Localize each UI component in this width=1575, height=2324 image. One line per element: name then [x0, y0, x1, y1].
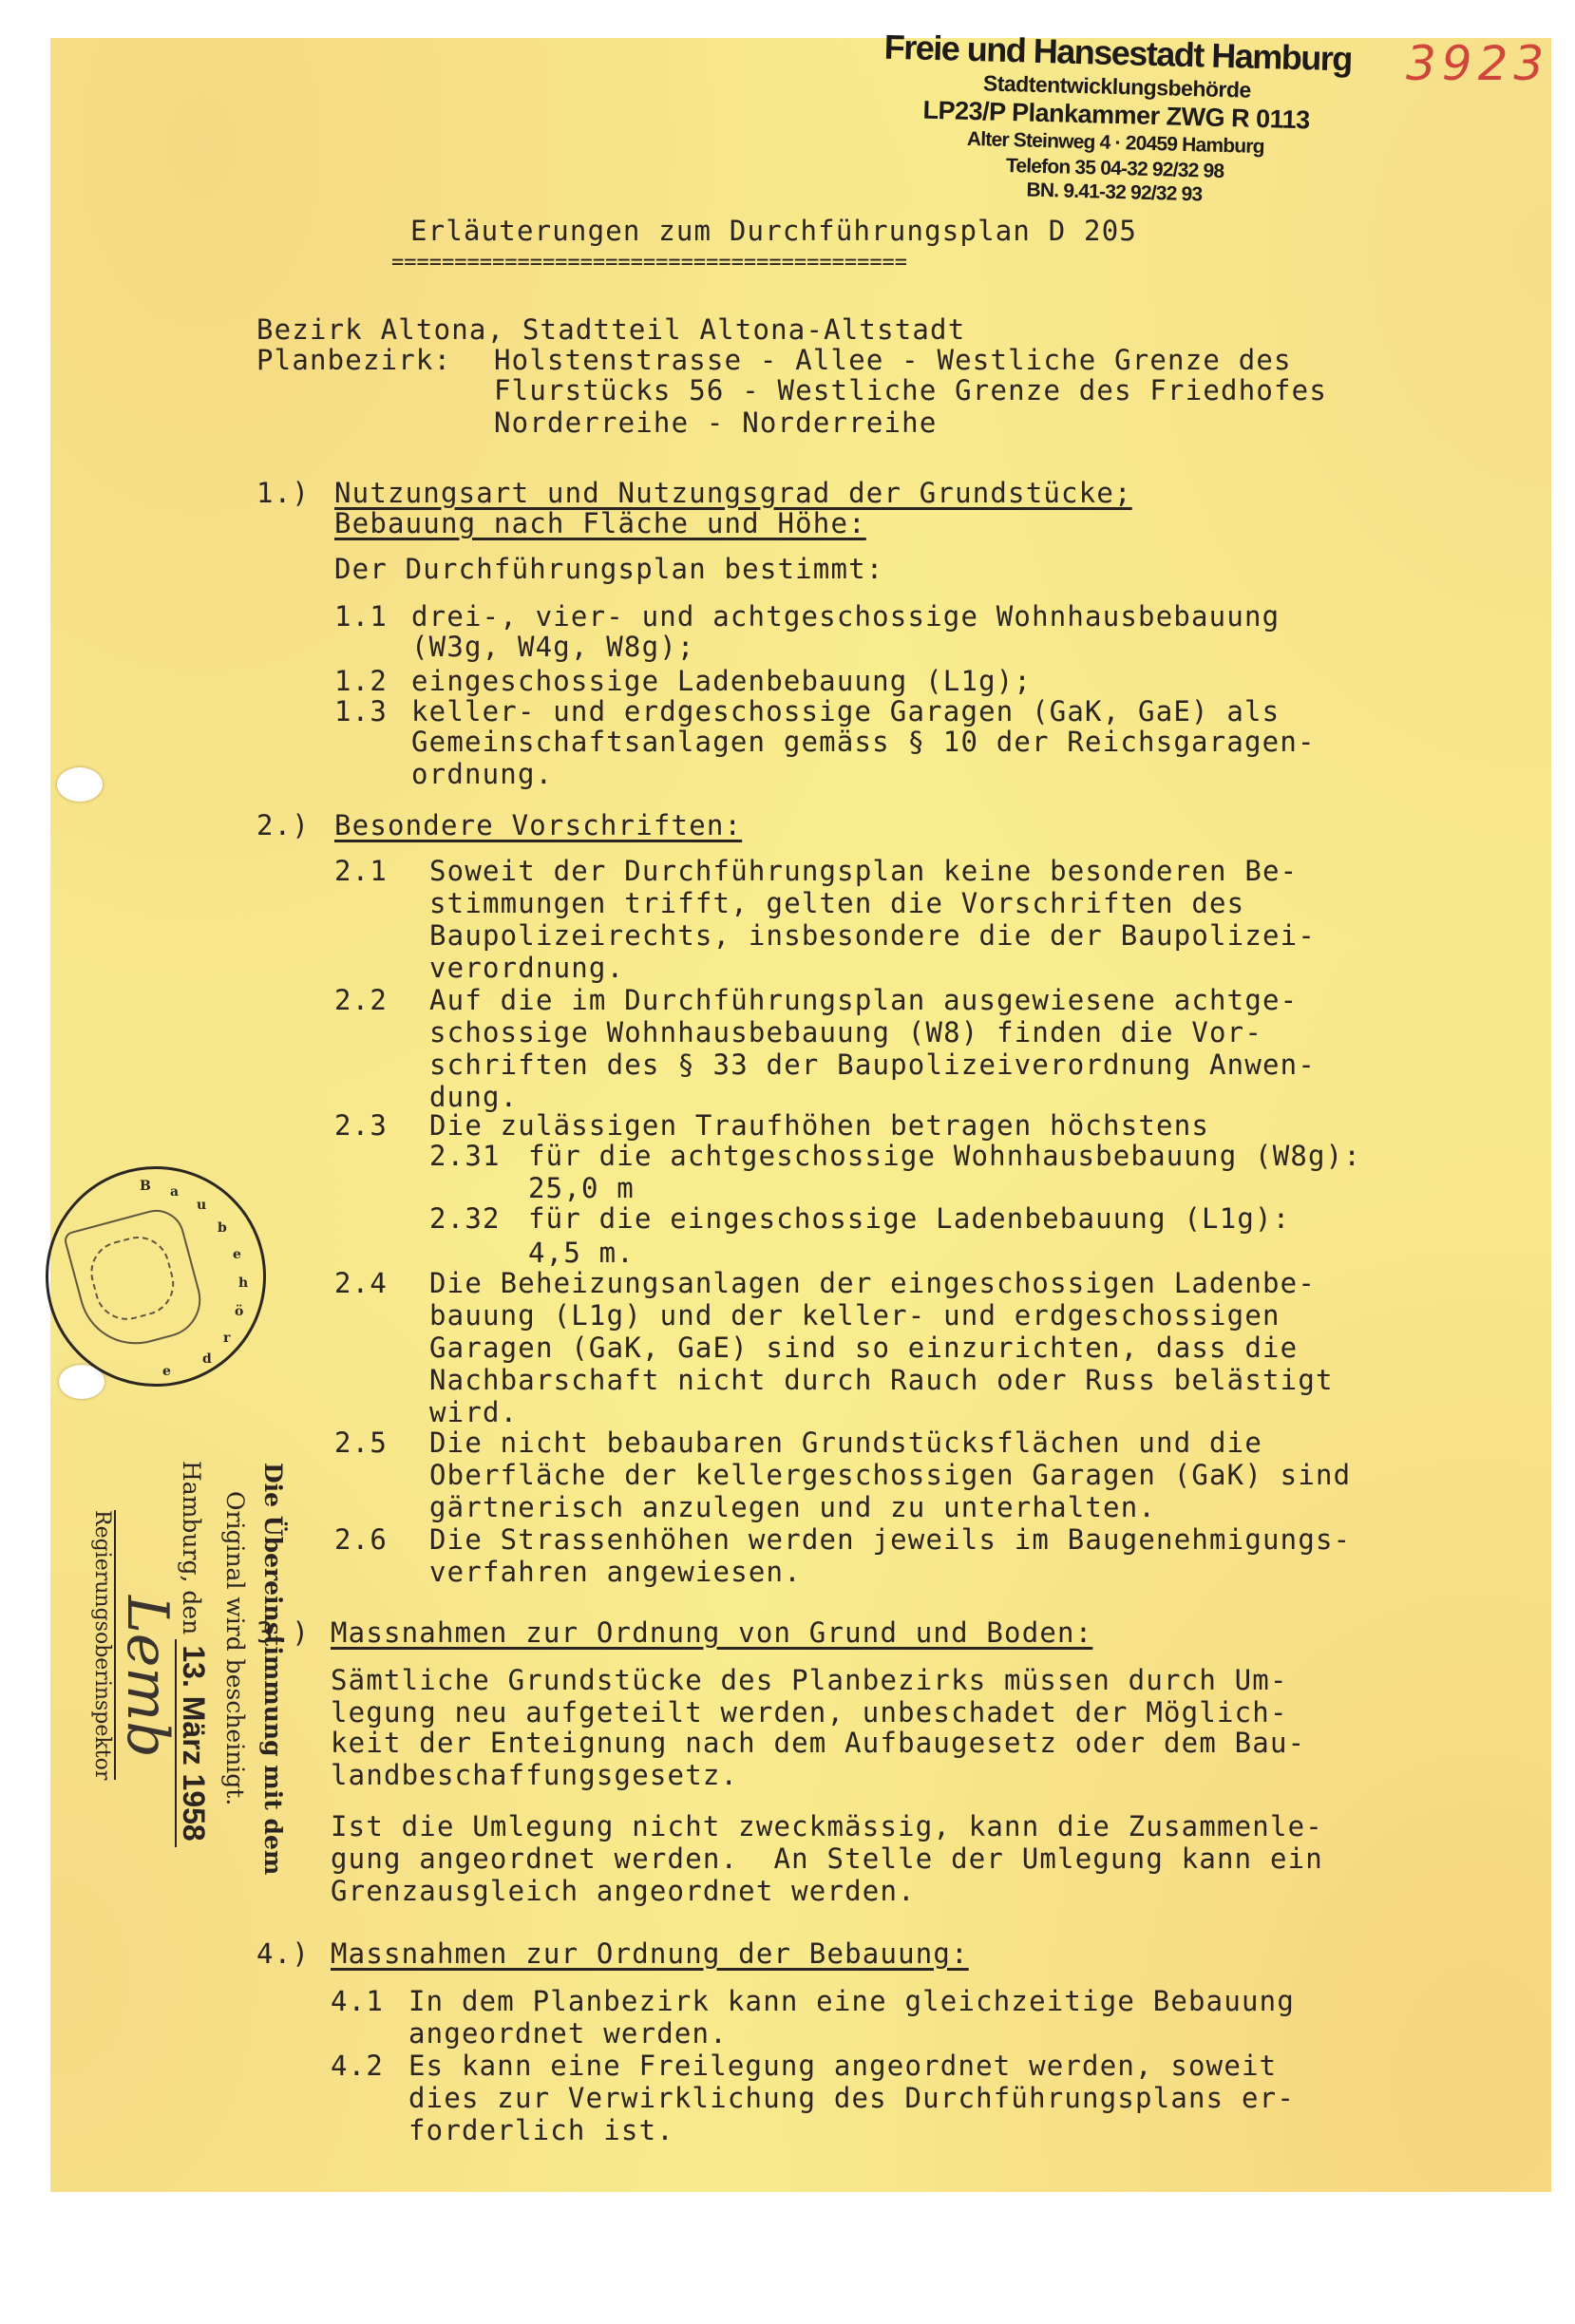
item-text: Die Strassenhöhen werden jeweils im Baug…	[429, 1523, 1351, 1556]
item-text: Auf die im Durchführungsplan ausgewiesen…	[429, 984, 1298, 1016]
seal-letter: e	[162, 1364, 171, 1379]
section-4-number: 4.)	[256, 1937, 310, 1970]
section-3-paragraph-1-line: landbeschaffungsgesetz.	[331, 1759, 738, 1791]
plan-boundary-line-3: Norderreihe - Norderreihe	[494, 406, 938, 439]
section-3-paragraph-2-line: Ist die Umlegung nicht zweckmässig, kann…	[331, 1810, 1323, 1842]
item-text: stimmungen trifft, gelten die Vorschrift…	[429, 887, 1244, 919]
item-text: 25,0 m	[528, 1172, 635, 1204]
item-text: dung.	[429, 1081, 518, 1113]
archive-number: 3923	[1406, 36, 1549, 91]
item-text: verfahren angewiesen.	[429, 1556, 802, 1588]
item-number: 2.2	[334, 984, 388, 1016]
section-2-number: 2.)	[256, 809, 310, 841]
section-3-paragraph-2-line: gung angeordnet werden. An Stelle der Um…	[331, 1842, 1323, 1875]
item-text: Gemeinschaftsanlagen gemäss § 10 der Rei…	[411, 726, 1316, 758]
seal-letter: B	[140, 1179, 151, 1194]
official-title: Regierungsoberinspektor	[90, 1510, 114, 1780]
attestation-place-date: Hamburg, den 13. März 1958	[176, 1461, 211, 1847]
item-text: schriften des § 33 der Baupolizeiverordn…	[429, 1049, 1316, 1081]
item-text: (W3g, W4g, W8g);	[411, 631, 695, 663]
item-text: wird.	[429, 1396, 518, 1428]
office-stamp: Freie und Hansestadt Hamburg Stadtentwic…	[858, 27, 1376, 211]
item-text: angeordnet werden.	[408, 2017, 728, 2050]
item-text: Baupolizeirechts, insbesondere die der B…	[429, 919, 1316, 952]
punch-hole	[57, 767, 103, 802]
item-number: 4.2	[331, 2050, 384, 2082]
item-text: keller- und erdgeschossige Garagen (GaK,…	[411, 695, 1280, 727]
place-prefix: Hamburg, den	[178, 1461, 205, 1634]
item-number: 2.31	[429, 1140, 501, 1172]
page-title: Erläuterungen zum Durchführungsplan D 20…	[410, 215, 1137, 247]
item-number: 2.3	[334, 1109, 388, 1142]
item-number: 2.32	[429, 1202, 501, 1235]
seal-letter: d	[202, 1351, 212, 1367]
item-number: 2.6	[334, 1523, 388, 1556]
item-number: 4.1	[331, 1985, 384, 2017]
item-text: drei-, vier- und achtgeschossige Wohnhau…	[411, 600, 1280, 633]
section-3-heading: Massnahmen zur Ordnung von Grund und Bod…	[331, 1616, 1092, 1649]
item-text: Die Beheizungsanlagen der eingeschossige…	[429, 1267, 1316, 1299]
section-1-heading-line-2: Bebauung nach Fläche und Höhe:	[334, 507, 866, 539]
plan-boundary-line-1: Holstenstrasse - Allee - Westliche Grenz…	[494, 344, 1292, 376]
seal-letter: e	[233, 1247, 241, 1262]
item-text: forderlich ist.	[408, 2114, 674, 2146]
seal-letter: ö	[235, 1304, 243, 1319]
section-3-paragraph-1-line: legung neu aufgeteilt werden, unbeschade…	[331, 1696, 1288, 1729]
item-text: für die achtgeschossige Wohnhausbebauung…	[528, 1140, 1361, 1172]
item-text: Oberfläche der kellergeschossigen Garage…	[429, 1459, 1351, 1491]
seal-letter: a	[170, 1184, 179, 1200]
item-number: 1.2	[334, 665, 388, 697]
plan-boundary-line-2: Flurstücks 56 - Westliche Grenze des Fri…	[494, 374, 1327, 406]
item-text: 4,5 m.	[528, 1237, 635, 1269]
seal-letter: h	[238, 1275, 248, 1291]
district-line: Bezirk Altona, Stadtteil Altona-Altstadt	[256, 313, 965, 346]
coat-of-arms-icon	[63, 1203, 209, 1357]
item-text: dies zur Verwirklichung des Durchführung…	[408, 2082, 1295, 2114]
item-text: Garagen (GaK, GaE) sind so einzurichten,…	[429, 1332, 1298, 1364]
item-number: 1.1	[334, 600, 388, 633]
attestation-line-2: Original wird bescheinigt.	[221, 1491, 249, 1805]
seal-letter: u	[197, 1198, 206, 1213]
item-text: bauung (L1g) und der keller- und erdgesc…	[429, 1299, 1281, 1332]
item-text: In dem Planbezirk kann eine gleichzeitig…	[408, 1985, 1295, 2017]
item-text: Die zulässigen Traufhöhen betragen höchs…	[429, 1109, 1209, 1142]
official-seal: B a u b e h ö r d e	[46, 1166, 266, 1387]
section-4-heading: Massnahmen zur Ordnung der Bebauung:	[331, 1937, 969, 1970]
title-double-rule: ========================================…	[391, 247, 907, 279]
item-text: verordnung.	[429, 952, 624, 984]
section-1-number: 1.)	[256, 477, 310, 509]
item-number: 2.5	[334, 1427, 388, 1459]
section-3-paragraph-2-line: Grenzausgleich angeordnet werden.	[331, 1875, 916, 1907]
section-1-heading-line-1: Nutzungsart und Nutzungsgrad der Grundst…	[334, 477, 1132, 509]
item-text: eingeschossige Ladenbebauung (L1g);	[411, 665, 1032, 697]
section-3-paragraph-1-line: keit der Enteignung nach dem Aufbaugeset…	[331, 1727, 1305, 1759]
attestation-line-1: Die Übereinstimmung mit dem	[259, 1463, 287, 1875]
item-text: gärtnerisch anzulegen und zu unterhalten…	[429, 1491, 1156, 1523]
section-3-paragraph-1-line: Sämtliche Grundstücke des Planbezirks mü…	[331, 1664, 1288, 1696]
item-text: ordnung.	[411, 758, 553, 790]
item-text: Es kann eine Freilegung angeordnet werde…	[408, 2050, 1277, 2082]
section-2-heading: Besondere Vorschriften:	[334, 809, 742, 841]
item-text: schossige Wohnhausbebauung (W8) finden d…	[429, 1016, 1262, 1049]
item-text: Nachbarschaft nicht durch Rauch oder Rus…	[429, 1364, 1334, 1396]
item-text: Die nicht bebaubaren Grundstücksflächen …	[429, 1427, 1262, 1459]
section-1-intro: Der Durchführungsplan bestimmt:	[334, 553, 883, 585]
item-text: Soweit der Durchführungsplan keine beson…	[429, 855, 1298, 887]
item-number: 2.4	[334, 1267, 388, 1299]
item-number: 1.3	[334, 695, 388, 727]
plan-label: Planbezirk:	[256, 344, 451, 376]
seal-letter: b	[218, 1220, 227, 1236]
item-number: 2.1	[334, 855, 388, 887]
item-text: für die eingeschossige Ladenbebauung (L1…	[528, 1202, 1290, 1235]
seal-letter: r	[223, 1331, 230, 1346]
